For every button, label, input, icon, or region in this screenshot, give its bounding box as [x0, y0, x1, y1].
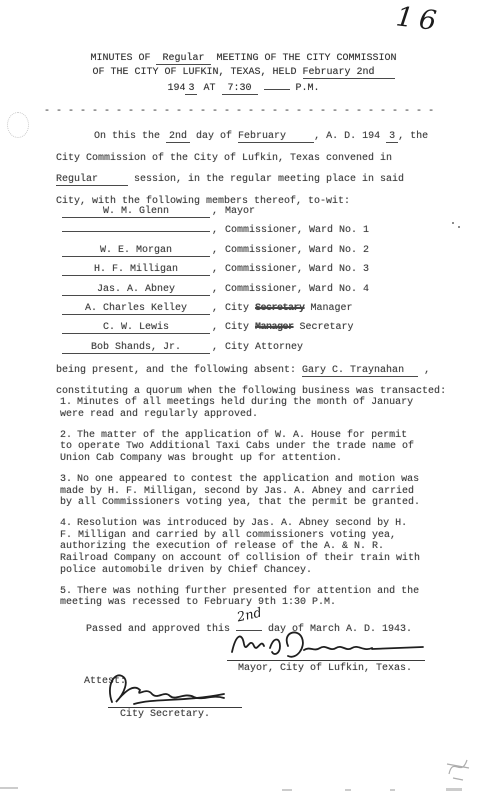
- item-number: 3.: [60, 474, 72, 485]
- member-name-line: C. W. Lewis: [62, 322, 210, 334]
- struck-word: Manager: [255, 322, 294, 333]
- scan-artifact-dot: [458, 226, 460, 228]
- fill-absent-name: Gary C. Traynahan: [302, 365, 418, 377]
- item-number: 1.: [60, 397, 72, 408]
- member-title: Commissioner, Ward No. 4: [225, 284, 369, 295]
- business-item: 5.There was nothing further presented fo…: [60, 586, 424, 609]
- business-items-list: 1.Minutes of all meetings held during th…: [60, 397, 424, 618]
- member-separator: ,: [212, 245, 218, 256]
- member-name-line: [62, 231, 210, 232]
- secretary-signature-title: City Secretary.: [120, 709, 210, 720]
- member-row: H. F. Milligan , Commissioner, Ward No. …: [62, 264, 369, 283]
- scan-artifact-squiggle: [443, 750, 471, 782]
- item-text: No one appeared to contest the applicati…: [60, 474, 420, 508]
- member-name-line: H. F. Milligan: [62, 264, 210, 276]
- title-text: City: [225, 303, 255, 314]
- header-text: 194: [167, 83, 185, 94]
- member-row: Jas. A. Abney , Commissioner, Ward No. 4: [62, 284, 369, 303]
- title-text: City Attorney: [225, 342, 303, 353]
- header-fill-year: 3: [185, 83, 197, 95]
- title-text: Mayor: [225, 206, 255, 217]
- item-number: 4.: [60, 518, 72, 529]
- member-row: , Commissioner, Ward No. 1: [62, 225, 369, 244]
- header-line-1: MINUTES OF Regular MEETING OF THE CITY C…: [0, 52, 487, 66]
- business-item: 2.The matter of the application of W. A.…: [60, 430, 424, 465]
- mayor-signature: [230, 626, 426, 662]
- member-separator: ,: [212, 322, 218, 333]
- fill-year: 3: [386, 131, 398, 143]
- member-row: W. M. Glenn , Mayor: [62, 206, 369, 225]
- struck-word: Secretary: [255, 303, 305, 314]
- scan-artifact-mark: [282, 789, 292, 791]
- member-separator: ,: [212, 264, 218, 275]
- attendance-paragraph: being present, and the following absent:…: [56, 360, 448, 402]
- header-text: P.M.: [290, 83, 320, 94]
- fill-day: 2nd: [166, 131, 190, 143]
- member-title: City Attorney: [225, 342, 303, 353]
- member-title: City Secretary Manager: [225, 303, 353, 314]
- scan-artifact-mark: [446, 788, 462, 791]
- member-separator: ,: [212, 342, 218, 353]
- title-text: Secretary: [294, 322, 354, 333]
- document-header: MINUTES OF Regular MEETING OF THE CITY C…: [0, 52, 487, 96]
- item-text: Resolution was introduced by Jas. A. Abn…: [60, 518, 420, 575]
- handwritten-page-number: 16: [394, 1, 444, 37]
- header-fill-date: February 2nd: [303, 67, 395, 79]
- header-text: AT: [197, 83, 221, 94]
- scan-artifact-smudge: [7, 112, 29, 138]
- scan-artifact-mark: [0, 787, 18, 789]
- business-item: 3.No one appeared to contest the applica…: [60, 474, 424, 509]
- body-text: , A. D. 194: [314, 131, 386, 142]
- opening-paragraph: On this the 2nd day of February, A. D. 1…: [56, 126, 440, 212]
- member-title: Mayor: [225, 206, 255, 217]
- body-text: being present, and the following absent:: [56, 365, 302, 376]
- member-title: Commissioner, Ward No. 1: [225, 225, 369, 236]
- member-title: City Manager Secretary: [225, 322, 354, 333]
- member-row: W. E. Morgan , Commissioner, Ward No. 2: [62, 245, 369, 264]
- fill-session-type: Regular: [56, 174, 128, 186]
- item-number: 2.: [60, 430, 72, 441]
- secretary-signature: [104, 668, 246, 712]
- scanned-minutes-page: 16 MINUTES OF Regular MEETING OF THE CIT…: [0, 0, 487, 800]
- item-text: The matter of the application of W. A. H…: [60, 430, 414, 464]
- member-name-line: Bob Shands, Jr.: [62, 342, 210, 354]
- scan-artifact-dot: [452, 222, 454, 224]
- member-name-line: W. M. Glenn: [62, 206, 210, 218]
- title-text: Commissioner, Ward No. 1: [225, 225, 369, 236]
- title-text: Manager: [305, 303, 353, 314]
- member-name-line: Jas. A. Abney: [62, 284, 210, 296]
- body-text: On this the: [94, 131, 166, 142]
- header-fill-time: 7:30: [222, 83, 258, 95]
- blank-underline: [264, 79, 290, 90]
- scan-artifact-mark: [345, 789, 351, 791]
- header-text: MEETING OF THE CITY COMMISSION: [211, 53, 397, 64]
- fill-month: February: [238, 131, 314, 143]
- body-text: Passed and approved this: [86, 624, 236, 635]
- header-text: MINUTES OF: [90, 53, 156, 64]
- item-number: 5.: [60, 586, 72, 597]
- item-text: There was nothing further presented for …: [60, 586, 419, 609]
- business-item: 1.Minutes of all meetings held during th…: [60, 397, 424, 420]
- member-row: A. Charles Kelley , City Secretary Manag…: [62, 303, 369, 322]
- member-name-line: W. E. Morgan: [62, 245, 210, 257]
- mayor-signature-line: [227, 660, 425, 661]
- title-text: City: [225, 322, 255, 333]
- members-list: W. M. Glenn , Mayor , Commissioner, Ward…: [62, 206, 369, 361]
- member-row: Bob Shands, Jr. , City Attorney: [62, 342, 369, 361]
- item-text: Minutes of all meetings held during the …: [60, 397, 413, 420]
- header-line-3: 1943 AT 7:30 P.M.: [0, 79, 487, 96]
- member-title: Commissioner, Ward No. 2: [225, 245, 369, 256]
- member-name-line: A. Charles Kelley: [62, 303, 210, 315]
- member-separator: ,: [212, 206, 218, 217]
- header-line-2: OF THE CITY OF LUFKIN, TEXAS, HELD Febru…: [0, 66, 487, 80]
- business-item: 4.Resolution was introduced by Jas. A. A…: [60, 518, 424, 576]
- member-separator: ,: [212, 284, 218, 295]
- mayor-signature-title: Mayor, City of Lufkin, Texas.: [238, 663, 412, 674]
- dashed-separator: - - - - - - - - - - - - - - - - - - - - …: [44, 106, 464, 117]
- header-fill-meeting-type: Regular: [156, 53, 210, 65]
- member-separator: ,: [212, 303, 218, 314]
- member-separator: ,: [212, 225, 218, 236]
- header-text: OF THE CITY OF LUFKIN, TEXAS, HELD: [92, 67, 302, 78]
- scan-artifact-mark: [390, 789, 395, 791]
- member-row: C. W. Lewis , City Manager Secretary: [62, 322, 369, 341]
- member-title: Commissioner, Ward No. 3: [225, 264, 369, 275]
- title-text: Commissioner, Ward No. 3: [225, 264, 369, 275]
- secretary-signature-line: [108, 707, 242, 708]
- title-text: Commissioner, Ward No. 2: [225, 245, 369, 256]
- body-text: day of: [190, 131, 238, 142]
- title-text: Commissioner, Ward No. 4: [225, 284, 369, 295]
